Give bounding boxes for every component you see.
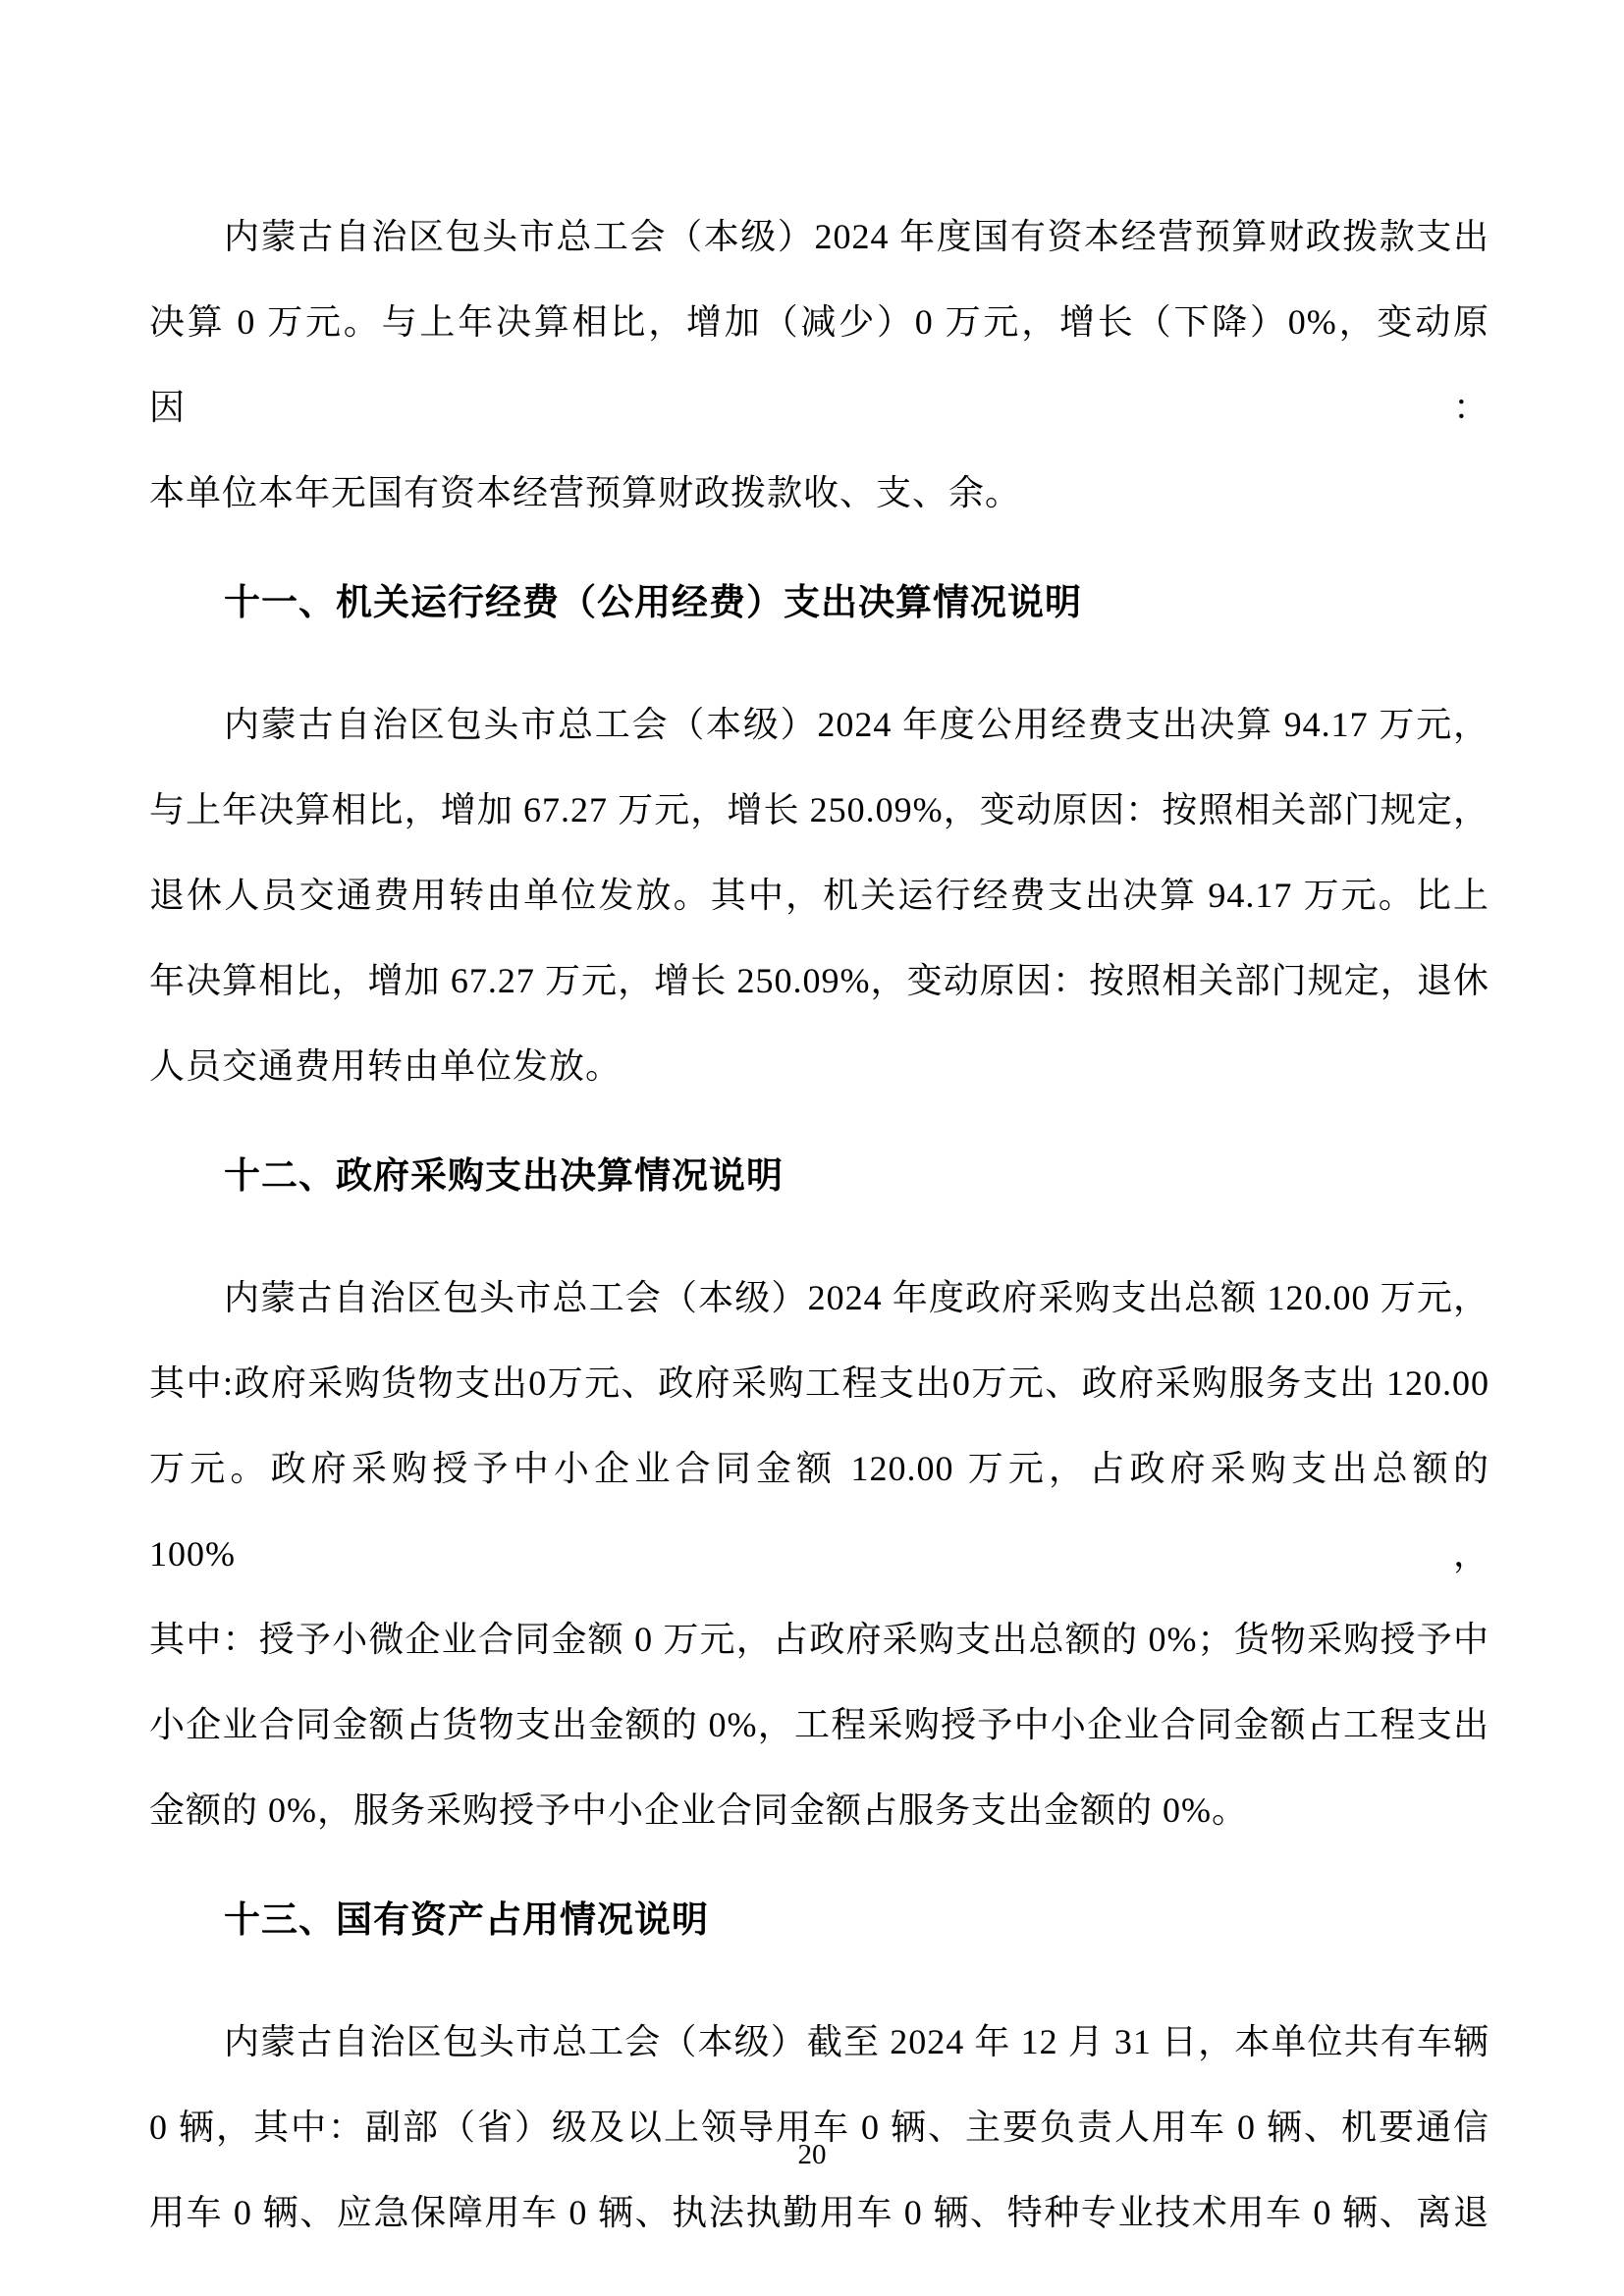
para-gov-procurement-line: 内蒙古自治区包头市总工会（本级）2024 年度政府采购支出总额 120.00 万… <box>149 1255 1489 1341</box>
para-gov-procurement-line: 小企业合同金额占货物支出金额的 0%，工程采购授予中小企业合同金额占工程支出 <box>149 1682 1489 1768</box>
para-gov-procurement-line: 金额的 0%，服务采购授予中小企业合同金额占服务支出金额的 0%。 <box>149 1768 1489 1853</box>
para-state-capital-budget-line: 决算 0 万元。与上年决算相比，增加（减少）0 万元，增长（下降）0%，变动原因… <box>149 280 1489 451</box>
document-page: 内蒙古自治区包头市总工会（本级）2024 年度国有资本经营预算财政拨款支出决算 … <box>0 0 1624 2296</box>
para-gov-procurement-line: 其中：授予小微企业合同金额 0 万元，占政府采购支出总额的 0%；货物采购授予中 <box>149 1597 1489 1682</box>
para-gov-procurement-line: 万元。政府采购授予中小企业合同金额 120.00 万元，占政府采购支出总额的 1… <box>149 1426 1489 1597</box>
para-state-assets-vehicles-line: 内蒙古自治区包头市总工会（本级）截至 2024 年 12 月 31 日，本单位共… <box>149 2000 1489 2085</box>
para-operating-expenses-line: 与上年决算相比，增加 67.27 万元，增长 250.09%，变动原因：按照相关… <box>149 768 1489 853</box>
document-body: 内蒙古自治区包头市总工会（本级）2024 年度国有资本经营预算财政拨款支出决算 … <box>149 194 1489 2256</box>
heading-section-12: 十二、政府采购支出决算情况说明 <box>149 1133 1489 1218</box>
heading-section-13: 十三、国有资产占用情况说明 <box>149 1877 1489 1962</box>
para-operating-expenses-line: 人员交通费用转由单位发放。 <box>149 1024 1489 1109</box>
para-operating-expenses-line: 退休人员交通费用转由单位发放。其中，机关运行经费支出决算 94.17 万元。比上 <box>149 853 1489 938</box>
para-gov-procurement-line: 其中:政府采购货物支出0万元、政府采购工程支出0万元、政府采购服务支出 120.… <box>149 1341 1489 1426</box>
para-operating-expenses-line: 年决算相比，增加 67.27 万元，增长 250.09%，变动原因：按照相关部门… <box>149 938 1489 1024</box>
para-state-capital-budget-line: 内蒙古自治区包头市总工会（本级）2024 年度国有资本经营预算财政拨款支出 <box>149 194 1489 280</box>
para-state-capital-budget-line: 本单位本年无国有资本经营预算财政拨款收、支、余。 <box>149 451 1489 536</box>
page-number: 20 <box>0 2112 1624 2198</box>
para-operating-expenses-line: 内蒙古自治区包头市总工会（本级）2024 年度公用经费支出决算 94.17 万元… <box>149 682 1489 768</box>
heading-section-11: 十一、机关运行经费（公用经费）支出决算情况说明 <box>149 560 1489 645</box>
